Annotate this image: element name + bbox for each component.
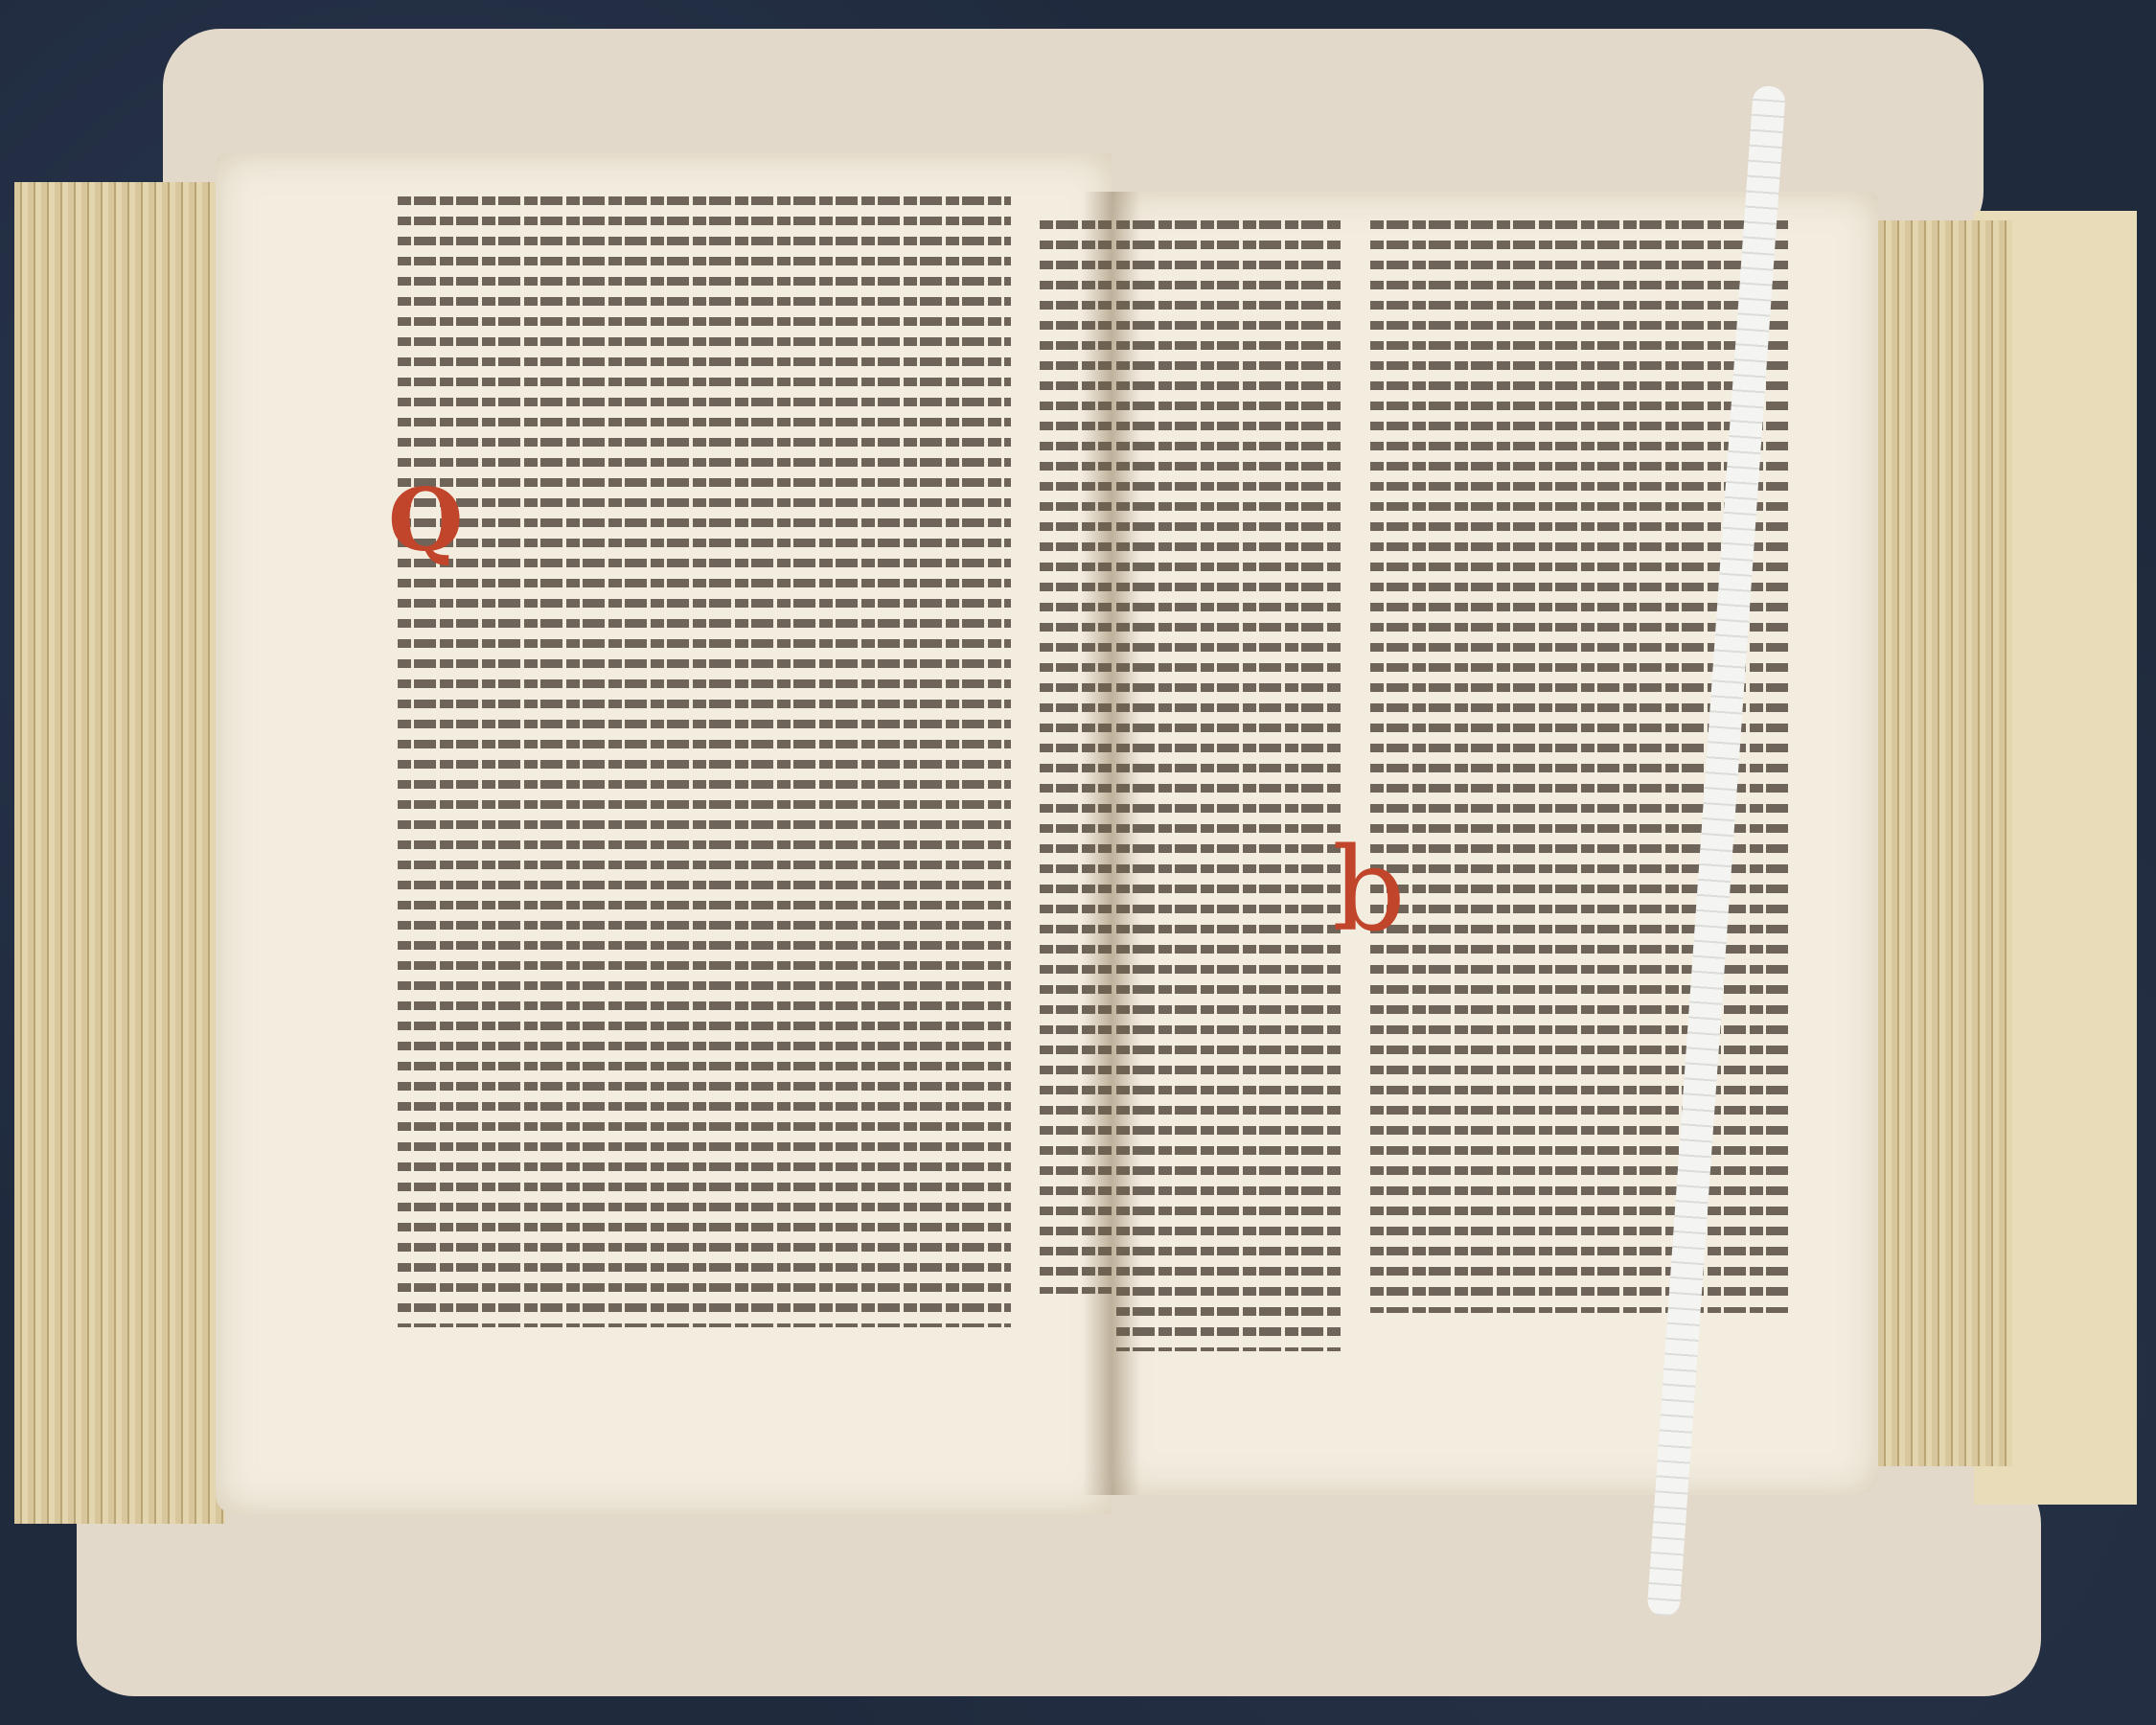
left-page-edges [14,182,225,1524]
left-page: Q [216,153,1112,1514]
left-page-column-1 [398,196,1011,1327]
gutter-shadow [1083,192,1140,1495]
right-page-initial: b [1332,824,1406,957]
right-page-column-1 [1116,220,1342,1351]
right-page-edges [1878,220,2012,1466]
left-page-initial: Q [388,470,463,571]
